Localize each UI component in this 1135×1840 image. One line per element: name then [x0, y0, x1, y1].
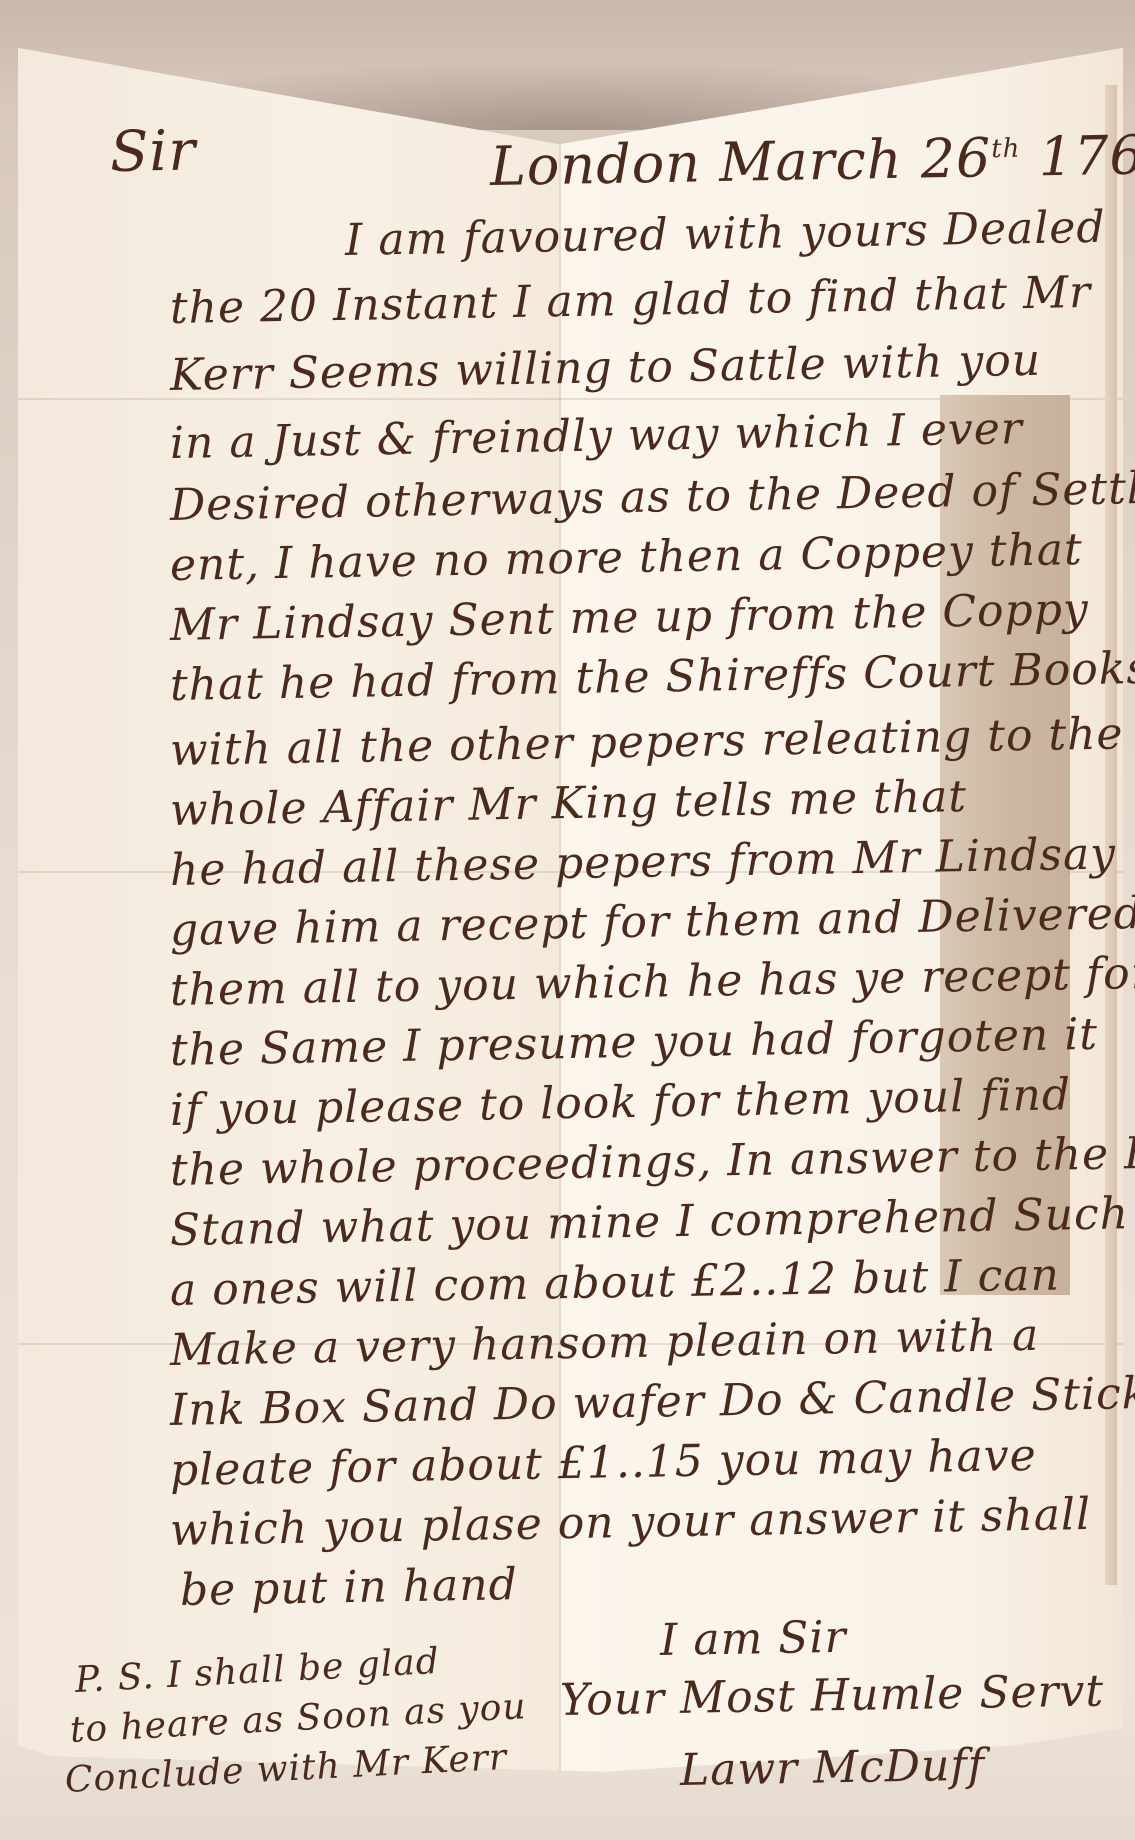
year: 1767	[1038, 123, 1135, 188]
body-line: with all the other pepers releating to t…	[170, 708, 1124, 776]
closing-line-1: I am Sir	[660, 1612, 847, 1666]
body-line: I am favoured with yours Dealed	[345, 202, 1106, 266]
body-line: the whole proceedings, In answer to the …	[170, 1127, 1135, 1196]
body-line: if you please to look for them youl find	[170, 1069, 1072, 1136]
place: London	[489, 131, 701, 198]
month: March	[719, 128, 903, 194]
body-line: ent, I have no more then a Coppey that	[170, 524, 1084, 591]
day-suffix: th	[991, 134, 1021, 165]
body-line: Desired otherways as to the Deed of Sett…	[170, 462, 1135, 531]
body-line: gave him a recept for them and Delivered	[170, 888, 1135, 956]
body-line: Mr Lindsay Sent me up from the Coppy	[170, 584, 1090, 651]
body-line: Make a very hansom pleain on with a	[170, 1310, 1040, 1376]
day: 26	[920, 126, 992, 190]
body-line: Ink Box Sand Do wafer Do & Candle Stick …	[170, 1363, 1135, 1436]
signature: Lawr McDuff	[680, 1740, 986, 1796]
salutation: Sir	[109, 119, 196, 185]
body-line: a ones will com about £2..12 but I can	[170, 1249, 1061, 1316]
body-line: the 20 Instant I am glad to find that Mr	[170, 267, 1092, 334]
body-line: be put in hand	[180, 1559, 519, 1616]
letter-text: Sir London March 26th 1767 I am favoured…	[0, 0, 1135, 1840]
body-line: he had all these pepers from Mr Lindsay	[170, 828, 1117, 896]
date-line: London March 26th 1767	[489, 123, 1135, 198]
body-line: pleate for about £1..15 you may have	[170, 1430, 1038, 1496]
body-line: whole Affair Mr King tells me that	[170, 771, 968, 836]
postscript-line-1: P. S. I shall be glad	[74, 1641, 441, 1701]
body-line: which you plase on your answer it shall	[170, 1489, 1092, 1556]
body-line: Stand what you mine I comprehend Such	[170, 1188, 1130, 1256]
closing-line-2: Your Most Humle Servt	[560, 1666, 1105, 1726]
body-line: Kerr Seems willing to Sattle with you	[170, 335, 1042, 401]
body-line: them all to you which he has ye recept f…	[170, 948, 1135, 1016]
body-line: the Same I presume you had forgoten it	[170, 1009, 1099, 1076]
body-line: that he had from the Shireffs Court Book…	[170, 643, 1135, 711]
body-line: in a Just & freindly way which I ever	[170, 403, 1024, 469]
